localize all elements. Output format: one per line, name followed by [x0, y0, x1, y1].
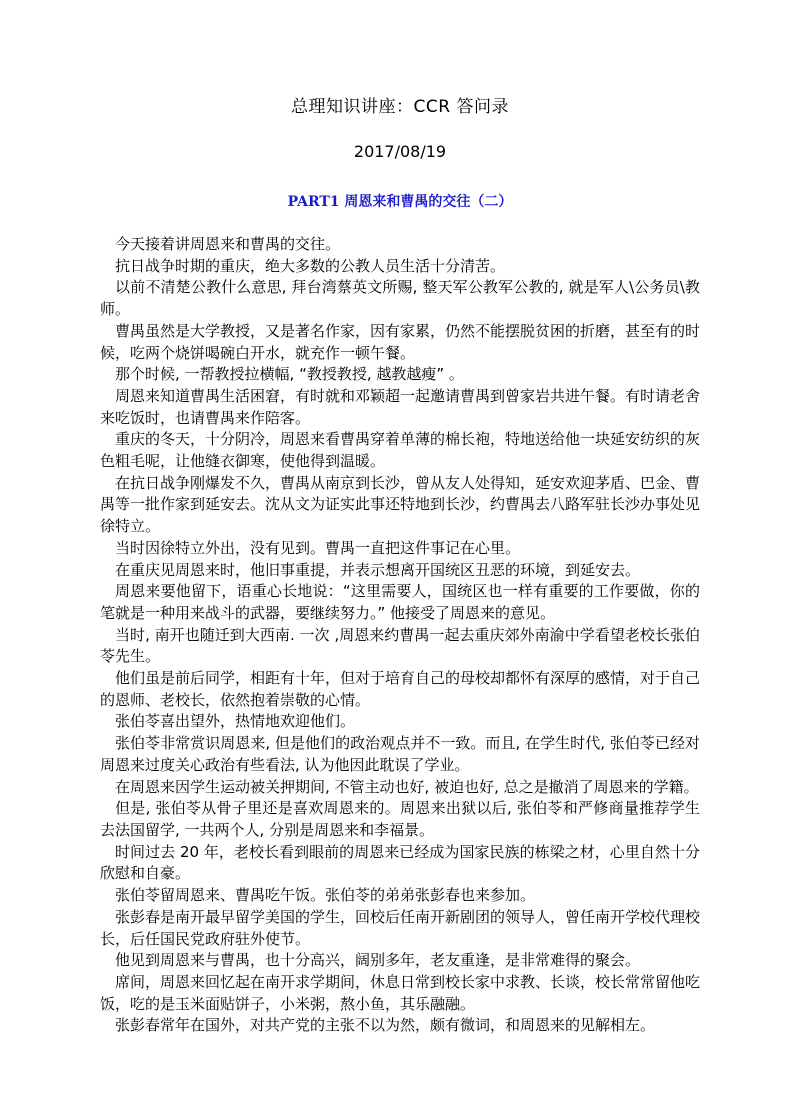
section-heading: PART1 周恩来和曹禺的交往（二）	[0, 192, 800, 212]
paragraph: 周恩来知道曹禺生活困窘，有时就和邓颖超一起邀请曹禺到曾家岩共进午餐。有时请老舍来…	[100, 386, 700, 429]
paragraph: 张伯苓留周恩来、曹禺吃午饭。张伯苓的弟弟张彭春也来参加。	[100, 885, 700, 907]
paragraph: 以前不清楚公教什么意思, 拜台湾蔡英文所赐, 整天军公教军公教的, 就是军人\公…	[100, 277, 700, 320]
paragraph: 周恩来要他留下，语重心长地说：“这里需要人，国统区也一样有重要的工作要做，你的笔…	[100, 581, 700, 624]
paragraph: 张彭春常年在国外，对共产党的主张不以为然，颇有微词，和周恩来的见解相左。	[100, 1015, 700, 1037]
paragraph: 他见到周恩来与曹禺，也十分高兴，阔别多年，老友重逢，是非常难得的聚会。	[100, 950, 700, 972]
paragraph: 在周恩来因学生运动被关押期间, 不管主动也好, 被迫也好, 总之是撤消了周恩来的…	[100, 777, 700, 799]
paragraph: 那个时候, 一帮教授拉横幅, “教授教授, 越教越瘦” 。	[100, 364, 700, 386]
document-page: 总理知识讲座：CCR 答问录 2017/08/19 PART1 周恩来和曹禺的交…	[0, 0, 800, 1100]
paragraph: 在抗日战争刚爆发不久，曹禺从南京到长沙，曾从友人处得知，延安欢迎茅盾、巴金、曹禺…	[100, 473, 700, 538]
document-body: 今天接着讲周恩来和曹禺的交往。 抗日战争时期的重庆，绝大多数的公教人员生活十分清…	[100, 234, 700, 1037]
paragraph: 席间，周恩来回忆起在南开求学期间，休息日常到校长家中求教、长谈，校长常常留他吃饭…	[100, 972, 700, 1015]
paragraph: 曹禺虽然是大学教授，又是著名作家，因有家累，仍然不能摆脱贫困的折磨，甚至有的时候…	[100, 321, 700, 364]
document-date: 2017/08/19	[0, 141, 800, 163]
paragraph: 但是, 张伯苓从骨子里还是喜欢周恩来的。周恩来出狱以后, 张伯苓和严修商量推荐学…	[100, 798, 700, 841]
paragraph: 他们虽是前后同学，相距有十年，但对于培育自己的母校却都怀有深厚的感情，对于自己的…	[100, 668, 700, 711]
paragraph: 重庆的冬天，十分阴冷，周恩来看曹禺穿着单薄的棉长袍，特地送给他一块延安纺织的灰色…	[100, 429, 700, 472]
document-title: 总理知识讲座：CCR 答问录	[0, 96, 800, 118]
paragraph: 当时, 南开也随迁到大西南. 一次 ,周恩来约曹禺一起去重庆郊外南渝中学看望老校…	[100, 625, 700, 668]
paragraph: 张伯苓非常赏识周恩来, 但是他们的政治观点并不一致。而且, 在学生时代, 张伯苓…	[100, 733, 700, 776]
paragraph: 今天接着讲周恩来和曹禺的交往。	[100, 234, 700, 256]
paragraph: 张伯苓喜出望外，热情地欢迎他们。	[100, 711, 700, 733]
paragraph: 抗日战争时期的重庆，绝大多数的公教人员生活十分清苦。	[100, 256, 700, 278]
paragraph: 张彭春是南开最早留学美国的学生，回校后任南开新剧团的领导人，曾任南开学校代理校长…	[100, 907, 700, 950]
paragraph: 在重庆见周恩来时，他旧事重提，并表示想离开国统区丑恶的环境，到延安去。	[100, 560, 700, 582]
paragraph: 时间过去 20 年，老校长看到眼前的周恩来已经成为国家民族的栋梁之材，心里自然十…	[100, 842, 700, 885]
paragraph: 当时因徐特立外出，没有见到。曹禺一直把这件事记在心里。	[100, 538, 700, 560]
